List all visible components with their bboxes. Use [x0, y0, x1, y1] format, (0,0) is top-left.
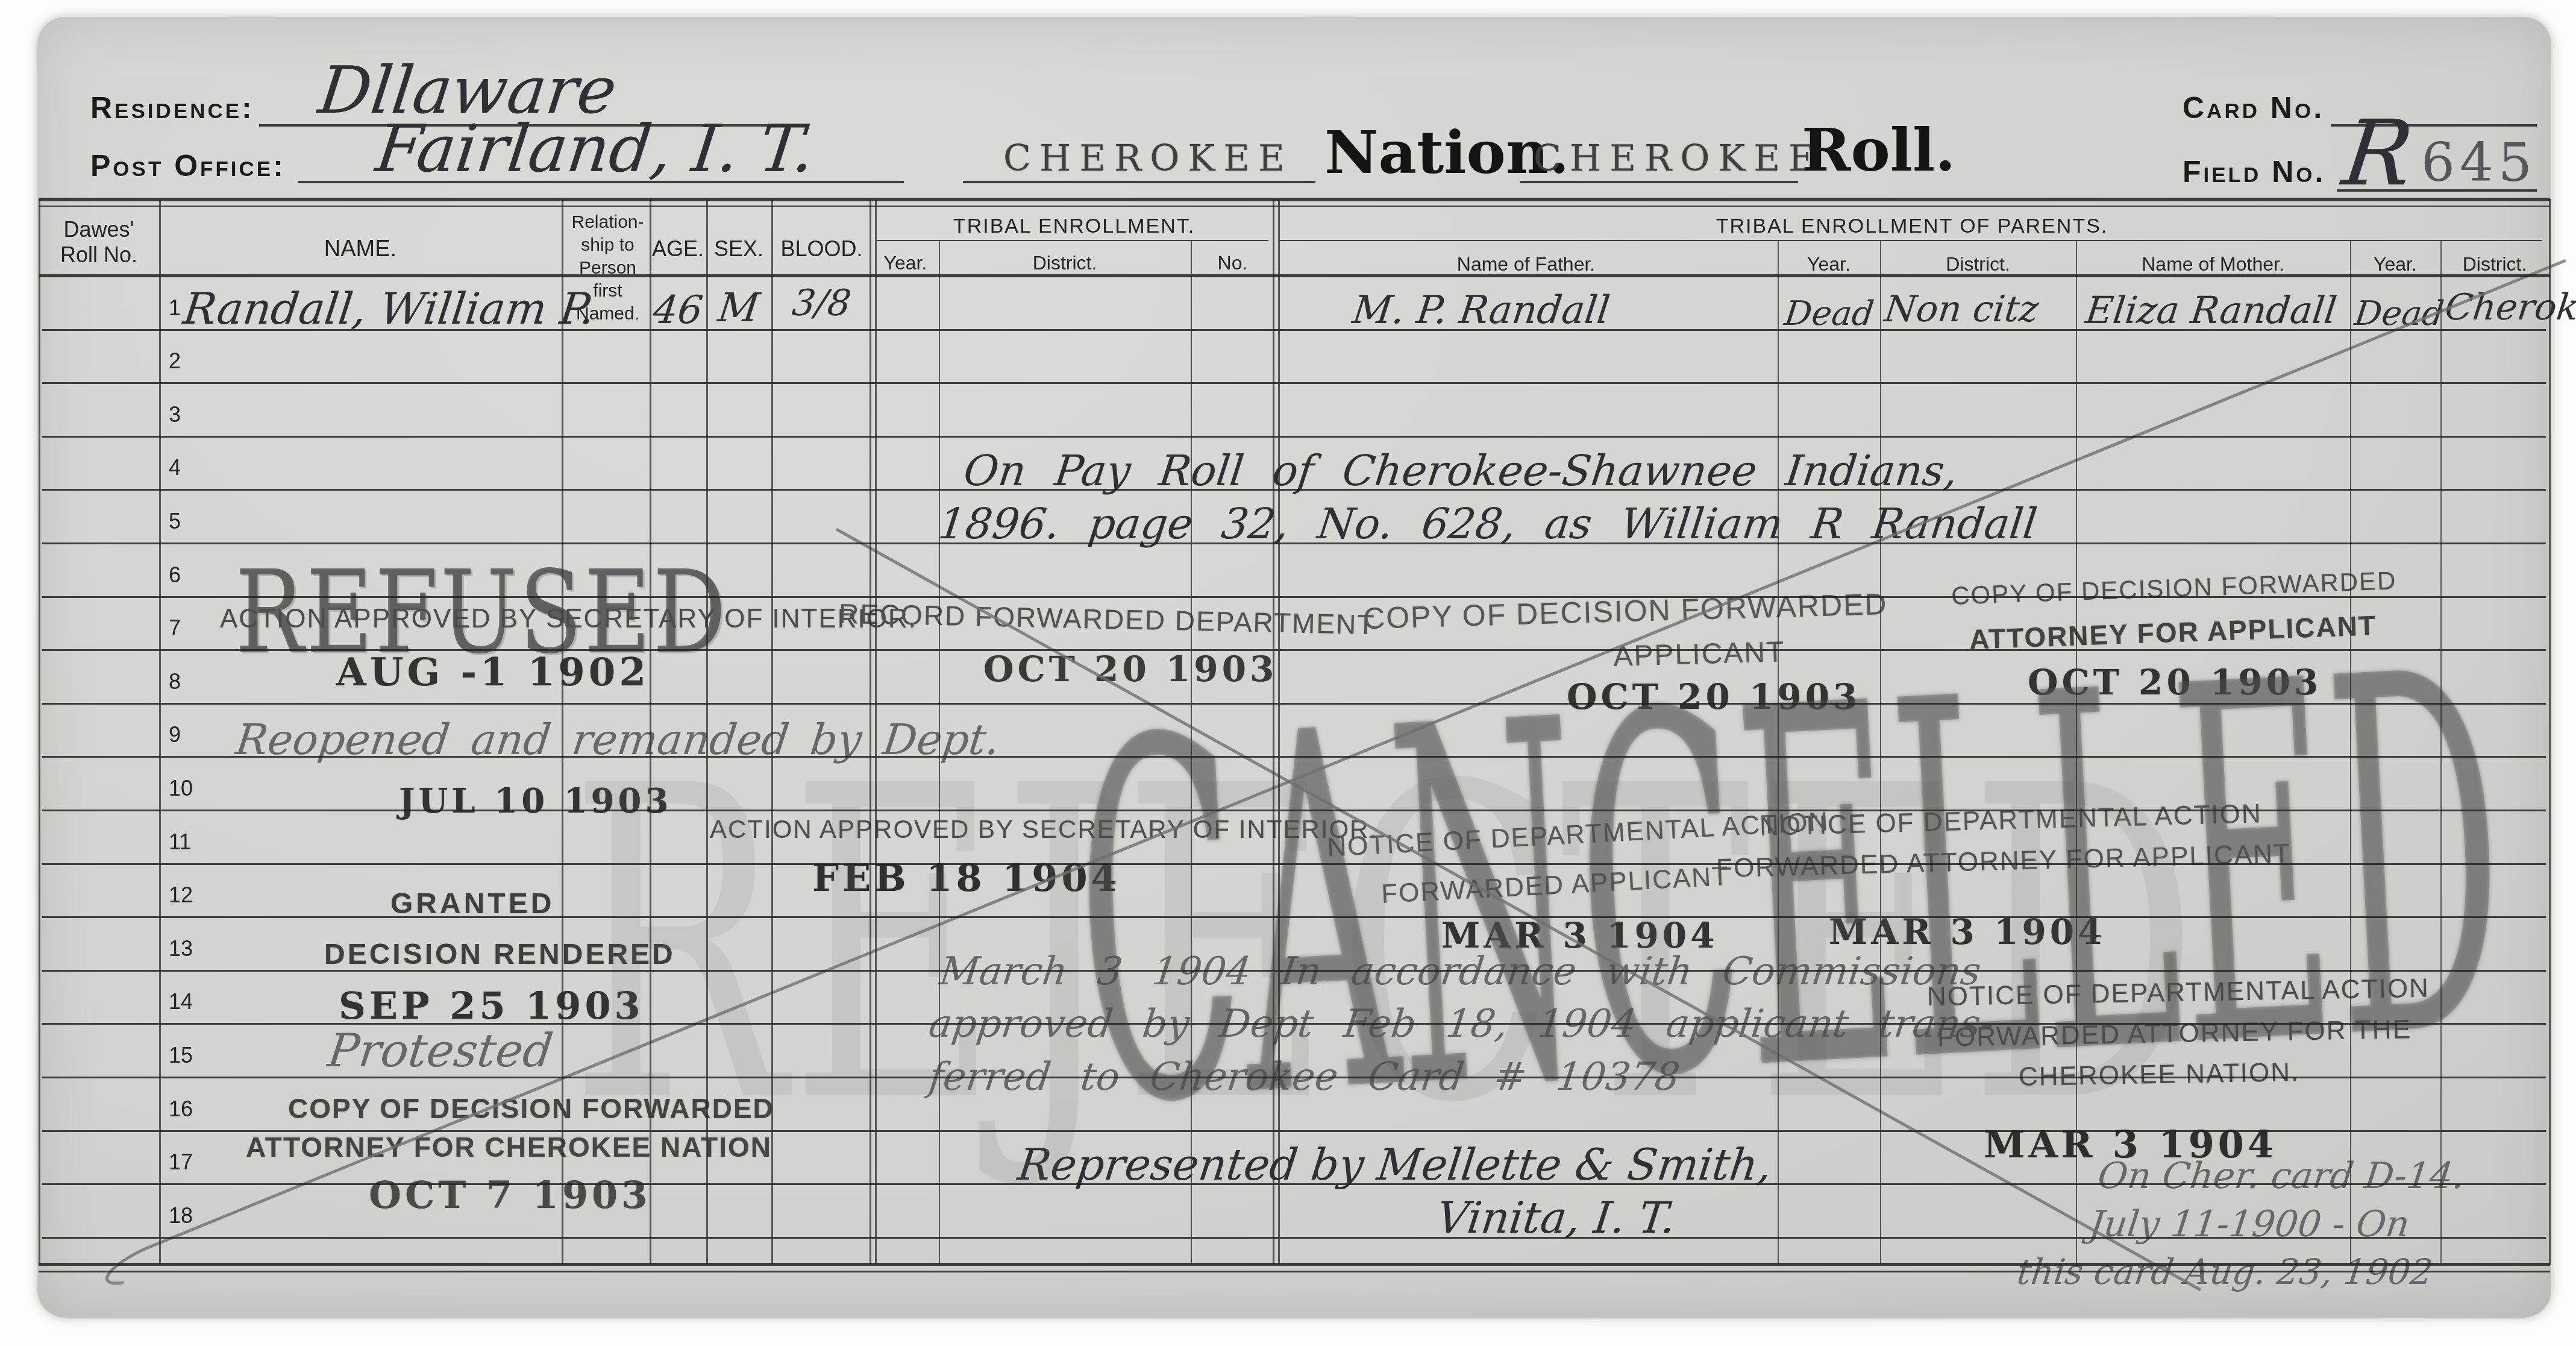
- row-number: 3: [169, 402, 181, 427]
- row1-mother-year: Dead: [2352, 294, 2446, 333]
- row-rule: [42, 756, 2546, 758]
- column-rule: [159, 199, 161, 1265]
- parents-rule: [1279, 240, 2542, 241]
- col-sex: SEX.: [706, 236, 771, 262]
- subcolumn-rule: [1880, 241, 1881, 1265]
- note-payroll-line1: On Pay Roll of Cherokee-Shawnee Indians,: [961, 446, 1961, 495]
- col-age: AGE.: [650, 236, 706, 262]
- column-rule: [870, 199, 871, 1265]
- row-number: 4: [169, 455, 181, 480]
- group-parents: TRIBAL ENROLLMENT OF PARENTS.: [1279, 215, 2545, 238]
- col-mother: Name of Mother.: [2076, 253, 2350, 275]
- note-payroll-line2: 1896. page 32, No. 628, as William R Ran…: [936, 499, 2040, 549]
- table-bottom-rule: [39, 1263, 2550, 1266]
- post-office-value: Fairland, I. T.: [372, 112, 819, 187]
- aug-1-1902-stamp: AUG -1 1902: [336, 650, 650, 695]
- row1-father-district: Non citz: [1882, 288, 2041, 330]
- subcolumn-rule: [1191, 241, 1192, 1265]
- table-top-rule: [39, 198, 2550, 201]
- row-number: 15: [169, 1043, 193, 1068]
- column-rule: [706, 199, 708, 1265]
- granted-stamp: GRANTED: [390, 887, 554, 920]
- row-number: 6: [169, 562, 181, 588]
- row-rule: [42, 1023, 2546, 1025]
- col-relationship-line1: Relation-: [562, 212, 654, 233]
- column-rule: [2549, 199, 2551, 1265]
- col-dawes-line1: Dawes': [39, 217, 159, 242]
- row-number: 2: [169, 348, 181, 374]
- field-no-stamped: 645: [2421, 131, 2537, 193]
- row-rule: [42, 596, 2546, 598]
- row-number: 11: [169, 829, 191, 855]
- subcolumn-rule: [2076, 241, 2077, 1265]
- row-rule: [42, 382, 2546, 384]
- column-rule: [1278, 199, 1280, 1265]
- row-number: 8: [169, 669, 181, 694]
- group-tribal-enrollment: TRIBAL ENROLLMENT.: [877, 215, 1271, 238]
- note-represented-line2: Vinita, I. T.: [1434, 1192, 1679, 1243]
- roll-word: Roll.: [1802, 116, 1955, 185]
- nation-word: Nation.: [1324, 118, 1569, 187]
- col-mother-year: Year.: [2350, 253, 2440, 275]
- row1-age: 46: [647, 288, 709, 333]
- header-bottom-rule: [39, 274, 2550, 277]
- column-rule: [771, 199, 773, 1265]
- scan-background: Residence: Dllaware Post Office: Fairlan…: [0, 0, 2576, 1346]
- col-name: NAME.: [159, 236, 562, 262]
- row-rule: [42, 1130, 2546, 1132]
- row-number: 9: [169, 722, 181, 747]
- row-number: 5: [169, 509, 181, 534]
- row1-father-year: Dead: [1782, 294, 1876, 333]
- row-number: 7: [169, 615, 181, 641]
- row-rule: [42, 810, 2546, 811]
- row-rule: [42, 703, 2546, 705]
- row1-blood: 3/8: [769, 282, 875, 324]
- row-rule: [42, 916, 2546, 918]
- col-te-year: Year.: [872, 252, 939, 274]
- nation-stamp: CHEROKEE: [1003, 137, 1293, 180]
- row1-mother-district: Cherokee: [2443, 286, 2576, 329]
- row-number: 17: [169, 1149, 193, 1175]
- column-rule: [562, 199, 563, 1265]
- nation-underline: [963, 181, 1315, 183]
- row-number: 13: [169, 936, 193, 961]
- roll-stamp: CHEROKEE: [1534, 137, 1823, 180]
- row-number: 12: [169, 882, 193, 908]
- row-rule: [42, 436, 2546, 438]
- roll-underline: [1520, 181, 1798, 183]
- col-father-year: Year.: [1778, 253, 1880, 275]
- field-no-handwritten: R: [2337, 101, 2418, 206]
- col-father: Name of Father.: [1274, 253, 1778, 275]
- col-te-no: No.: [1191, 252, 1274, 274]
- row-rule: [42, 970, 2546, 972]
- column-rule: [650, 199, 651, 1265]
- tribal-enrollment-rule: [877, 240, 1268, 241]
- row-rule: [42, 329, 2546, 331]
- table-top-rule-2: [39, 206, 2550, 207]
- row1-name: Randall, William P.: [181, 283, 598, 334]
- row1-father: M. P. Randall: [1350, 288, 1612, 333]
- field-no-label: Field No.: [2183, 154, 2325, 189]
- col-blood: BLOOD.: [771, 236, 872, 262]
- column-rule: [875, 199, 877, 1265]
- row-rule: [42, 542, 2546, 544]
- row-number: 14: [169, 989, 193, 1014]
- row-rule: [42, 1077, 2546, 1078]
- row-number: 10: [169, 776, 193, 801]
- row-rule: [42, 1237, 2546, 1239]
- table-bottom-rule-2: [39, 1271, 2550, 1272]
- row1-mother: Eliza Randall: [2084, 288, 2340, 332]
- row1-sex: M: [703, 285, 774, 331]
- row-number: 16: [169, 1096, 193, 1122]
- row-number: 1: [169, 295, 181, 321]
- note-cher-card-line2: July 11-1900 - On: [2087, 1203, 2412, 1245]
- column-rule: [39, 199, 40, 1265]
- row-rule: [42, 1183, 2546, 1185]
- card-no-label: Card No.: [2183, 90, 2324, 125]
- action-secretary-left-stamp: ACTION APPROVED BY SECRETARY OF INTERIOR…: [220, 604, 917, 634]
- column-rule: [1273, 199, 1274, 1265]
- col-mother-district: District.: [2440, 253, 2549, 275]
- subcolumn-rule: [939, 241, 940, 1265]
- col-father-district: District.: [1880, 253, 2076, 275]
- subcolumn-rule: [1778, 241, 1779, 1265]
- row-rule: [42, 489, 2546, 491]
- note-protested: Protested: [325, 1024, 556, 1077]
- row-rule: [42, 649, 2546, 651]
- cancelled-ghost-stamp: CANCELLED: [1064, 567, 2516, 1214]
- residence-label: Residence:: [90, 90, 254, 125]
- post-office-label: Post Office:: [90, 148, 286, 183]
- col-relationship-line2: ship to: [562, 235, 654, 256]
- col-te-district: District.: [939, 252, 1191, 274]
- subcolumn-rule: [2350, 241, 2351, 1265]
- row-rule: [42, 863, 2546, 865]
- subcolumn-rule: [2440, 241, 2442, 1265]
- row-number: 18: [169, 1203, 193, 1228]
- col-dawes-line2: Roll No.: [39, 242, 159, 268]
